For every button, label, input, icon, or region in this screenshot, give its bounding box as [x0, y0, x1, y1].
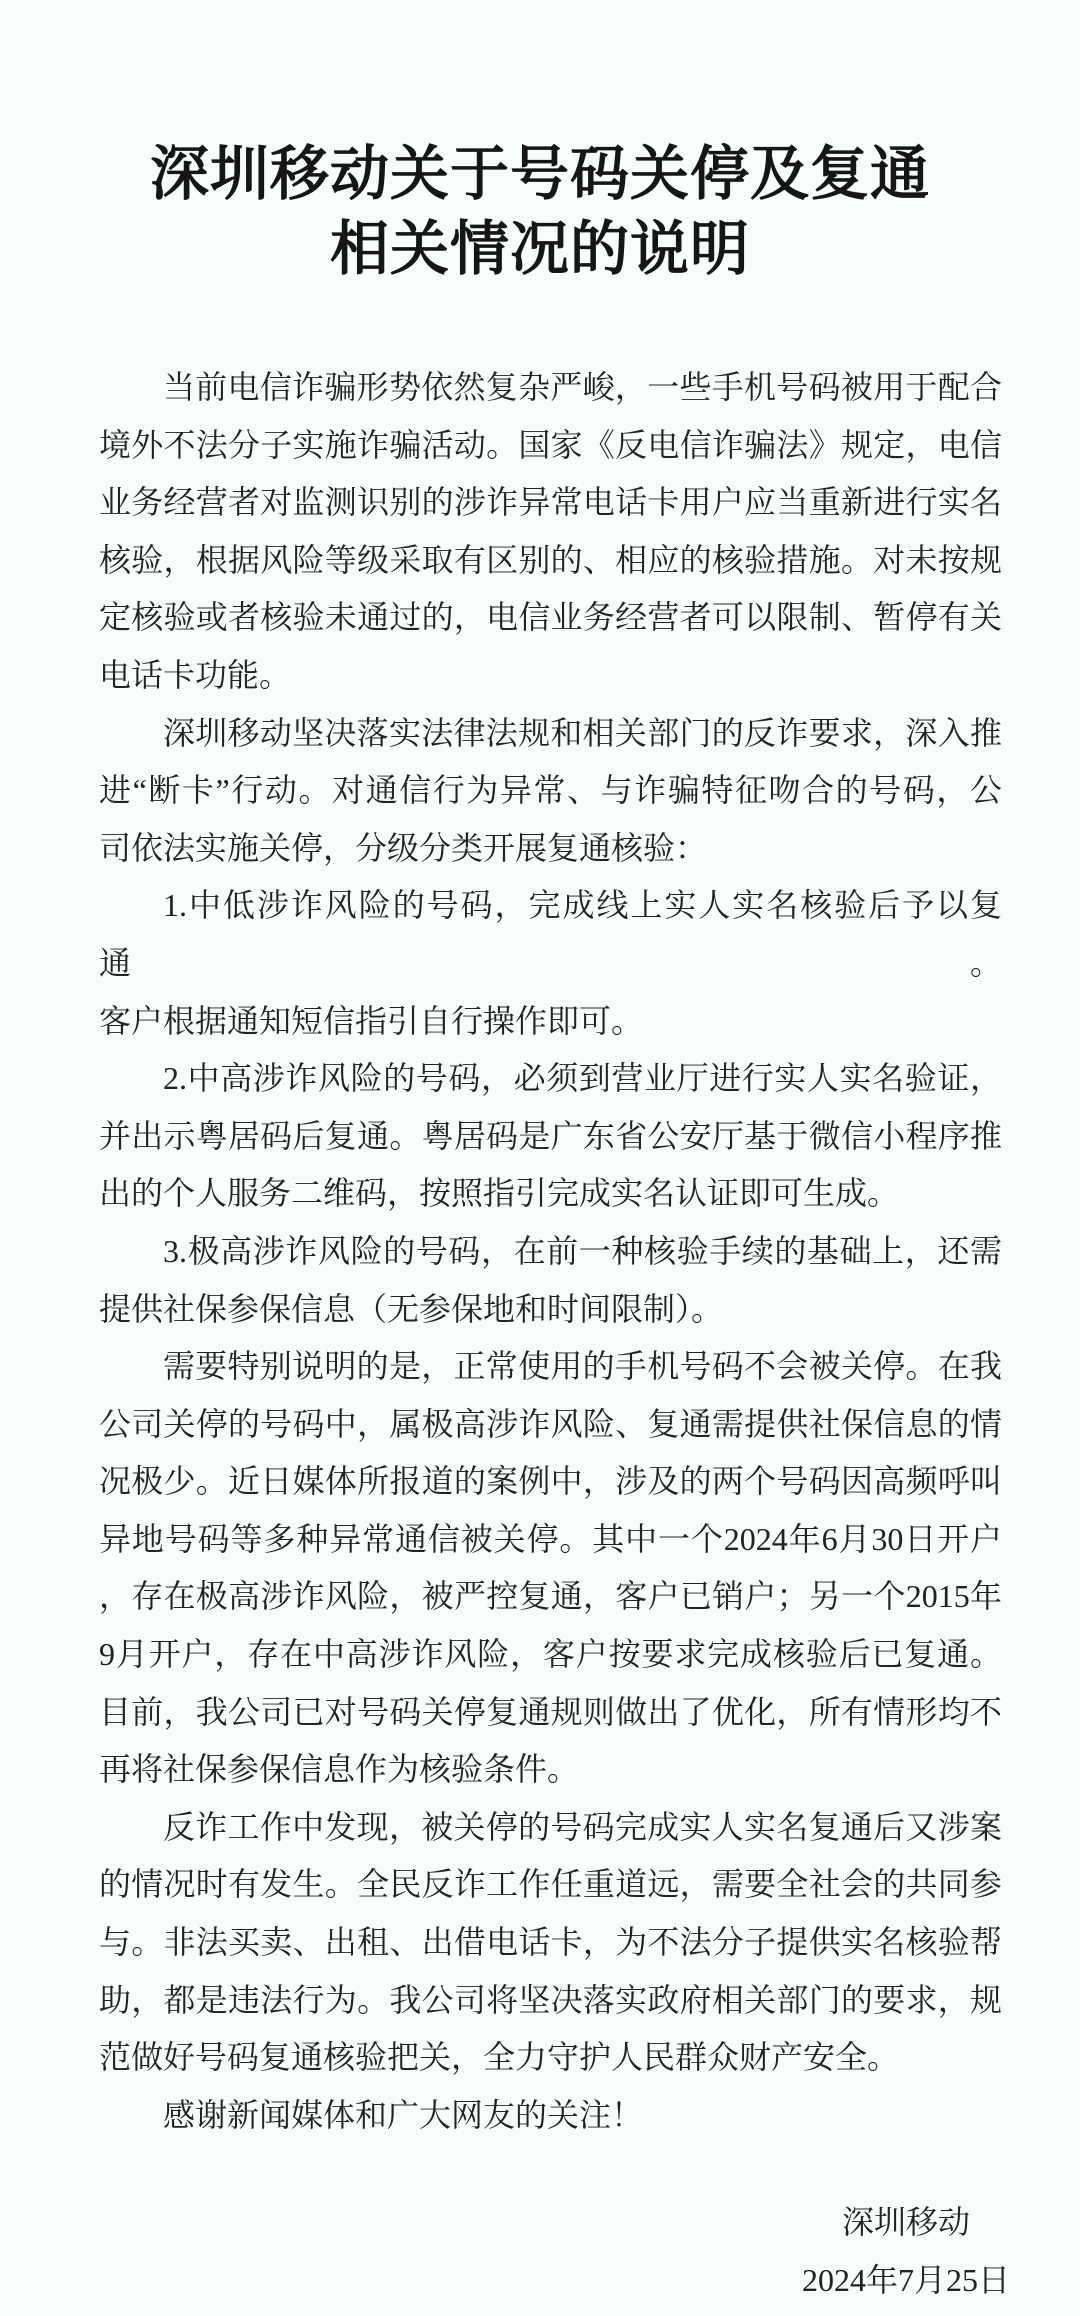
text-line: 业务经营者对监测识别的涉诈异常电话卡用户应当重新进行实名 — [99, 474, 1002, 532]
text-line: 与。非法买卖、出租、出借电话卡，为不法分子提供实名核验帮 — [99, 1914, 1002, 1972]
text-line: 3.极高涉诈风险的号码，在前一种核验手续的基础上，还需 — [99, 1223, 1002, 1281]
paragraph: 感谢新闻媒体和广大网友的关注！ — [99, 2087, 1002, 2145]
text-line: 反诈工作中发现，被关停的号码完成实人实名复通后又涉案 — [99, 1799, 1002, 1857]
signature-block: 深圳移动 2024年7月25日 — [0, 2194, 1010, 2309]
text-line: 公司关停的号码中，属极高涉诈风险、复通需提供社保信息的情 — [99, 1396, 1002, 1454]
text-line: 电话卡功能。 — [99, 647, 1002, 705]
doc-body: 当前电信诈骗形势依然复杂严峻，一些手机号码被用于配合境外不法分子实施诈骗活动。国… — [99, 359, 1002, 2144]
doc-title-line-1: 深圳移动关于号码关停及复通 — [0, 137, 1080, 212]
paragraph: 需要特别说明的是，正常使用的手机号码不会被关停。在我公司关停的号码中，属极高涉诈… — [99, 1338, 1002, 1799]
paragraph: 1.中低涉诈风险的号码，完成线上实人实名核验后予以复通。客户根据通知短信指引自行… — [99, 877, 1002, 1050]
text-line: 并出示粤居码后复通。粤居码是广东省公安厅基于微信小程序推 — [99, 1108, 1002, 1166]
paragraph: 当前电信诈骗形势依然复杂严峻，一些手机号码被用于配合境外不法分子实施诈骗活动。国… — [99, 359, 1002, 705]
signature-date: 2024年7月25日 — [802, 2252, 1010, 2310]
text-line: 客户根据通知短信指引自行操作即可。 — [99, 993, 1002, 1051]
doc-title-line-2: 相关情况的说明 — [0, 212, 1080, 287]
text-line: 提供社保参保信息（无参保地和时间限制）。 — [99, 1281, 1002, 1339]
text-line: 1.中低涉诈风险的号码，完成线上实人实名核验后予以复通。 — [99, 877, 1002, 992]
paragraph: 深圳移动坚决落实法律法规和相关部门的反诈要求，深入推进“断卡”行动。对通信行为异… — [99, 705, 1002, 878]
text-line: 境外不法分子实施诈骗活动。国家《反电信诈骗法》规定，电信 — [99, 417, 1002, 475]
text-line: 当前电信诈骗形势依然复杂严峻，一些手机号码被用于配合 — [99, 359, 1002, 417]
signature: 深圳移动 2024年7月25日 — [802, 2194, 1010, 2309]
paragraph: 3.极高涉诈风险的号码，在前一种核验手续的基础上，还需提供社保参保信息（无参保地… — [99, 1223, 1002, 1338]
text-line: 定核验或者核验未通过的，电信业务经营者可以限制、暂停有关 — [99, 589, 1002, 647]
text-line: 感谢新闻媒体和广大网友的关注！ — [99, 2087, 1002, 2145]
text-line: 9月开户，存在中高涉诈风险，客户按要求完成核验后已复通。 — [99, 1626, 1002, 1684]
text-line: 再将社保参保信息作为核验条件。 — [99, 1741, 1002, 1799]
text-line: 目前，我公司已对号码关停复通规则做出了优化，所有情形均不 — [99, 1684, 1002, 1742]
paragraph: 反诈工作中发现，被关停的号码完成实人实名复通后又涉案的情况时有发生。全民反诈工作… — [99, 1799, 1002, 2087]
text-line: 需要特别说明的是，正常使用的手机号码不会被关停。在我 — [99, 1338, 1002, 1396]
text-line: 出的个人服务二维码，按照指引完成实名认证即可生成。 — [99, 1165, 1002, 1223]
text-line: 异地号码等多种异常通信被关停。其中一个2024年6月30日开户 — [99, 1511, 1002, 1569]
text-line: 况极少。近日媒体所报道的案例中，涉及的两个号码因高频呼叫 — [99, 1453, 1002, 1511]
text-line: 范做好号码复通核验把关，全力守护人民群众财产安全。 — [99, 2029, 1002, 2087]
text-line: 进“断卡”行动。对通信行为异常、与诈骗特征吻合的号码，公 — [99, 762, 1002, 820]
text-line: ，存在极高涉诈风险，被严控复通，客户已销户；另一个2015年 — [99, 1568, 1002, 1626]
text-line: 深圳移动坚决落实法律法规和相关部门的反诈要求，深入推 — [99, 705, 1002, 763]
text-line: 助，都是违法行为。我公司将坚决落实政府相关部门的要求，规 — [99, 1972, 1002, 2030]
text-line: 核验，根据风险等级采取有区别的、相应的核验措施。对未按规 — [99, 532, 1002, 590]
text-line: 的情况时有发生。全民反诈工作任重道远，需要全社会的共同参 — [99, 1856, 1002, 1914]
text-line: 司依法实施关停，分级分类开展复通核验： — [99, 820, 1002, 878]
paragraph: 2.中高涉诈风险的号码，必须到营业厅进行实人实名验证，并出示粤居码后复通。粤居码… — [99, 1050, 1002, 1223]
doc-title: 深圳移动关于号码关停及复通 相关情况的说明 — [0, 0, 1080, 287]
signature-name: 深圳移动 — [802, 2194, 1010, 2252]
document: 深圳移动关于号码关停及复通 相关情况的说明 当前电信诈骗形势依然复杂严峻，一些手… — [0, 0, 1080, 2316]
text-line: 2.中高涉诈风险的号码，必须到营业厅进行实人实名验证， — [99, 1050, 1002, 1108]
